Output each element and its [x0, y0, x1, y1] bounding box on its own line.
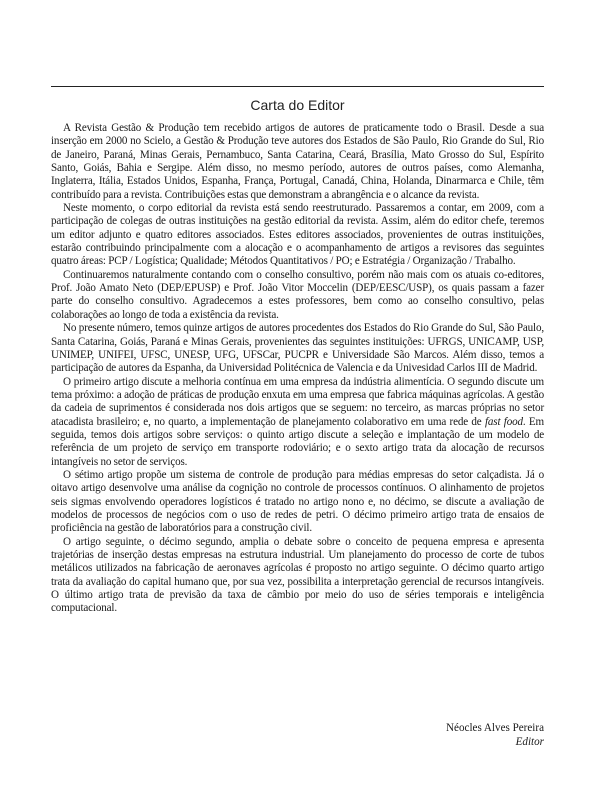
letter-body: A Revista Gestão & Produção tem recebido…: [51, 122, 544, 616]
paragraph-6: O sétimo artigo propõe um sistema de con…: [51, 469, 544, 536]
paragraph-5-italic-term: fast food: [485, 416, 523, 428]
paragraph-5-text-a: O primeiro artigo discute a melhoria con…: [51, 376, 544, 428]
header-rule: [51, 86, 544, 87]
paragraph-7: O artigo seguinte, o décimo segundo, amp…: [51, 536, 544, 616]
signature-block: Néocles Alves Pereira Editor: [446, 722, 544, 749]
paragraph-5: O primeiro artigo discute a melhoria con…: [51, 376, 544, 469]
paragraph-3: Continuaremos naturalmente contando com …: [51, 269, 544, 322]
paragraph-1: A Revista Gestão & Produção tem recebido…: [51, 122, 544, 202]
signature-name: Néocles Alves Pereira: [446, 722, 544, 736]
paragraph-4: No presente número, temos quinze artigos…: [51, 322, 544, 375]
page-title: Carta do Editor: [51, 97, 544, 113]
signature-role: Editor: [446, 736, 544, 750]
paragraph-2: Neste momento, o corpo editorial da revi…: [51, 202, 544, 269]
